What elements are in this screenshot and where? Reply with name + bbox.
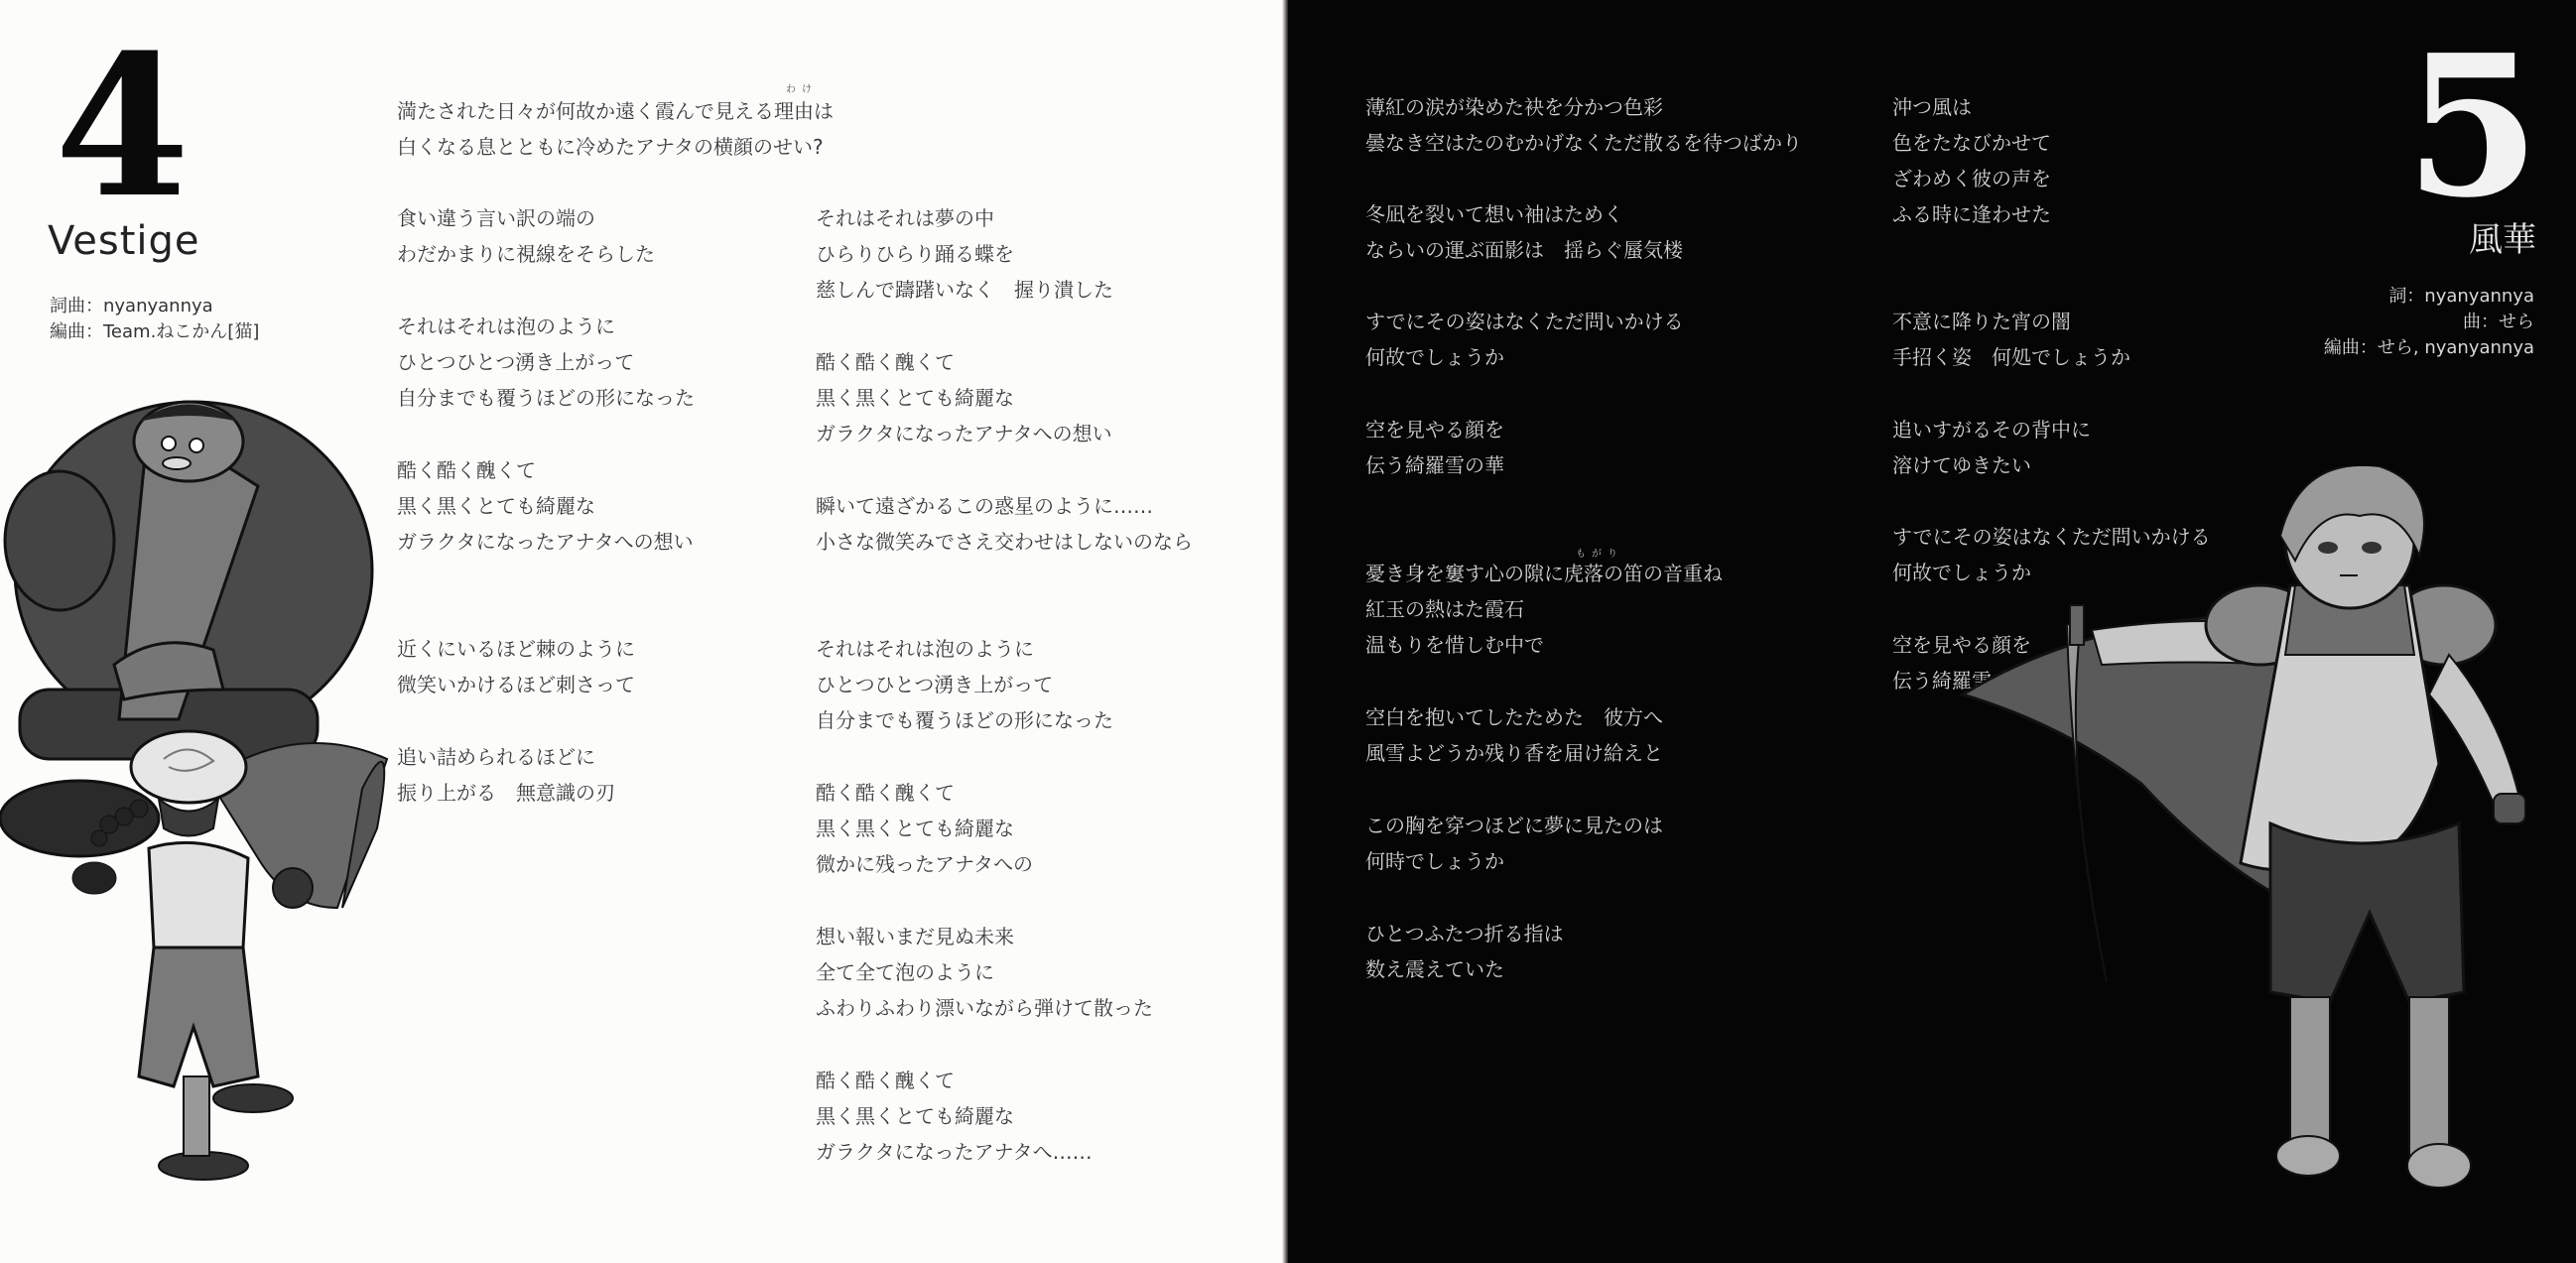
lyric-line: 薄紅の涙が染めた袂を分かつ色彩	[1365, 89, 1802, 125]
lyric-line: 冬凪を裂いて想い袖はためく	[1365, 196, 1683, 232]
song-credits: 詞曲：nyanyannya 編曲：Team.ねこかん[猫]	[50, 294, 259, 345]
lyric-line: 紅玉の熱はた霞石	[1365, 591, 1723, 627]
lyric-line: ひらりひらり踊る蝶を	[816, 236, 1113, 272]
lyric-line: わだかまりに視線をそらした	[397, 236, 655, 272]
stanza: 想い報いまだ見ぬ未来 全て全て泡のように ふわりふわり漂いながら弾けて散った	[816, 919, 1153, 1026]
stanza: 瞬いて遠ざかるこの惑星のように…… 小さな微笑みでさえ交わせはしないのなら	[816, 488, 1193, 560]
song-title: Vestige	[48, 218, 200, 264]
lyric-line: 小さな微笑みでさえ交わせはしないのなら	[816, 524, 1193, 560]
left-page-track-4: 4 Vestige 詞曲：nyanyannya 編曲：Team.ねこかん[猫] …	[0, 0, 1290, 1263]
lyric-line: ガラクタになったアナタへ……	[816, 1134, 1093, 1170]
lyric-line: 自分までも覆うほどの形になった	[816, 702, 1113, 738]
lyric-line: 何故でしょうか	[1365, 339, 1684, 375]
lyric-line: すでにその姿はなくただ問いかける	[1365, 304, 1684, 339]
stanza: 空白を抱いてしたためた 彼方へ 風雪よどうか残り香を届け給えと	[1365, 699, 1663, 771]
stanza: 薄紅の涙が染めた袂を分かつ色彩 曇なき空はたのむかげなくただ散るを待つばかり	[1365, 89, 1802, 161]
lyric-line: 曇なき空はたのむかげなくただ散るを待つばかり	[1365, 125, 1802, 161]
song-title: 風華	[2469, 212, 2536, 261]
lyric-line: 温もりを惜しむ中で	[1365, 627, 1723, 663]
stanza: 冬凪を裂いて想い袖はためく ならいの運ぶ面影は 揺らぐ蜃気楼	[1365, 196, 1683, 268]
lyric-line: 風雪よどうか残り香を届け給えと	[1365, 735, 1663, 771]
lyric-line: ふる時に逢わせた	[1892, 196, 2051, 232]
right-page-track-5: 5 風華 詞：nyanyannya 曲：せら 編曲：せら, nyanyannya…	[1288, 0, 2576, 1263]
lyric-line: 空白を抱いてしたためた 彼方へ	[1365, 699, 1663, 735]
credit-lyrics-music: 詞曲：nyanyannya	[50, 294, 259, 319]
stanza: ひとつふたつ折る指は 数え震えていた	[1365, 916, 1564, 987]
lyric-line: 黒く黒くとても綺麗な	[816, 380, 1112, 416]
lyric-line: 慈しんで躊躇いなく 握り潰した	[816, 272, 1113, 308]
lyric-line: 想い報いまだ見ぬ未来	[816, 919, 1153, 954]
lyric-line: ひとつふたつ折る指は	[1365, 916, 1564, 951]
stanza: この胸を穿つほどに夢に見たのは 何時でしょうか	[1365, 808, 1663, 879]
stanza: 食い違う言い訳の端の わだかまりに視線をそらした	[397, 200, 655, 272]
stanza: 満たされた日々が何故か遠く霞んで見える理由は 白くなる息とともに冷めたアナタの横…	[397, 93, 834, 165]
lyric-line: 手招く姿 何処でしょうか	[1892, 339, 2130, 375]
lyric-line: ざわめく彼の声を	[1892, 161, 2051, 196]
lyric-line: 数え震えていた	[1365, 951, 1564, 987]
credit-arrangement: 編曲：Team.ねこかん[猫]	[50, 319, 259, 345]
lyric-line: 憂き身を窶す心の隙に虎落の笛の音重ね	[1365, 556, 1723, 591]
credit-arrangement: 編曲：せら, nyanyannya	[2324, 335, 2534, 361]
stanza: 酷く酷く醜くて 黒く黒くとても綺麗な ガラクタになったアナタへ……	[816, 1063, 1093, 1170]
lyric-line: 酷く酷く醜くて	[816, 344, 1112, 380]
stanza: すでにその姿はなくただ問いかける 何故でしょうか	[1365, 304, 1684, 375]
track-number: 5	[2405, 30, 2540, 224]
lyric-line: ひとつひとつ湧き上がって	[816, 667, 1113, 702]
character-illustration	[0, 392, 437, 1263]
credit-music: 曲：せら	[2324, 310, 2534, 335]
song-credits: 詞：nyanyannya 曲：せら 編曲：せら, nyanyannya	[2324, 284, 2534, 361]
stanza: 沖つ風は 色をたなびかせて ざわめく彼の声を ふる時に逢わせた	[1892, 89, 2051, 232]
lyric-line: 色をたなびかせて	[1892, 125, 2051, 161]
lyric-line: 伝う綺羅雪の華	[1365, 447, 1504, 483]
stanza: 酷く酷く醜くて 黒く黒くとても綺麗な 微かに残ったアナタへの	[816, 775, 1033, 882]
lyric-line: 白くなる息とともに冷めたアナタの横顔のせい?	[397, 129, 834, 165]
stanza: 酷く酷く醜くて 黒く黒くとても綺麗な ガラクタになったアナタへの想い	[397, 452, 694, 560]
lyric-line: ふわりふわり漂いながら弾けて散った	[816, 990, 1153, 1026]
lyric-line: 酷く酷く醜くて	[816, 775, 1033, 811]
lyric-line: 追いすがるその背中に	[1892, 412, 2091, 447]
stanza: それはそれは泡のように ひとつひとつ湧き上がって 自分までも覆うほどの形になった	[397, 309, 695, 416]
lyric-line: 黒く黒くとても綺麗な	[397, 488, 694, 524]
stanza: 酷く酷く醜くて 黒く黒くとても綺麗な ガラクタになったアナタへの想い	[816, 344, 1112, 451]
lyric-line: 何時でしょうか	[1365, 843, 1663, 879]
stanza: 空を見やる顔を 伝う綺羅雪の華	[1365, 412, 1504, 483]
lyric-line: 空を見やる顔を	[1365, 412, 1504, 447]
lyric-line: ガラクタになったアナタへの想い	[397, 524, 694, 560]
stanza: 不意に降りた宵の闇 手招く姿 何処でしょうか	[1892, 304, 2130, 375]
lyric-line: 黒く黒くとても綺麗な	[816, 1098, 1093, 1134]
stanza: 憂き身を窶す心の隙に虎落の笛の音重ね 紅玉の熱はた霞石 温もりを惜しむ中で	[1365, 556, 1723, 663]
track-number: 4	[55, 30, 190, 224]
stanza: それはそれは夢の中 ひらりひらり踊る蝶を 慈しんで躊躇いなく 握り潰した	[816, 200, 1113, 308]
stanza: それはそれは泡のように ひとつひとつ湧き上がって 自分までも覆うほどの形になった	[816, 631, 1113, 738]
credit-lyrics: 詞：nyanyannya	[2324, 284, 2534, 310]
lyric-line: 酷く酷く醜くて	[816, 1063, 1093, 1098]
lyric-line: 自分までも覆うほどの形になった	[397, 380, 695, 416]
lyric-line: 瞬いて遠ざかるこの惑星のように……	[816, 488, 1193, 524]
lyric-line: 満たされた日々が何故か遠く霞んで見える理由は	[397, 93, 834, 129]
lyric-line: 食い違う言い訳の端の	[397, 200, 655, 236]
character-illustration	[1943, 466, 2576, 1263]
lyric-line: それはそれは泡のように	[816, 631, 1113, 667]
lyric-line: 沖つ風は	[1892, 89, 2051, 125]
lyric-line: この胸を穿つほどに夢に見たのは	[1365, 808, 1663, 843]
lyric-line: それはそれは夢の中	[816, 200, 1113, 236]
caped-boy-figure	[1963, 466, 2525, 1188]
lyric-line: ならいの運ぶ面影は 揺らぐ蜃気楼	[1365, 232, 1683, 268]
lyric-line: 不意に降りた宵の闇	[1892, 304, 2130, 339]
lyric-line: 酷く酷く醜くて	[397, 452, 694, 488]
lyric-line: 黒く黒くとても綺麗な	[816, 811, 1033, 846]
lyric-line: ひとつひとつ湧き上がって	[397, 344, 695, 380]
lyric-line: それはそれは泡のように	[397, 309, 695, 344]
lyric-line: 微かに残ったアナタへの	[816, 846, 1033, 882]
lyric-line: 全て全て泡のように	[816, 954, 1153, 990]
lyric-line: ガラクタになったアナタへの想い	[816, 416, 1112, 451]
